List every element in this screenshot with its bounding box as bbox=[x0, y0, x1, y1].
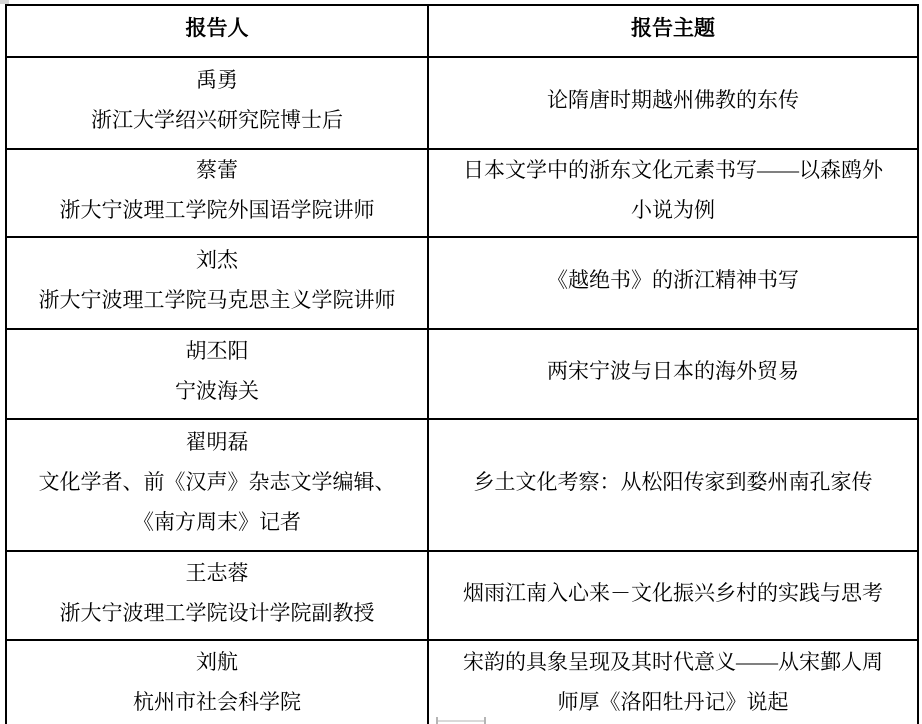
topic-cell: 烟雨江南入心来－文化振兴乡村的实践与思考 bbox=[428, 551, 918, 640]
topic-cell: 《越绝书》的浙江精神书写 bbox=[428, 237, 918, 329]
table-row: 胡丕阳 宁波海关 两宋宁波与日本的海外贸易 bbox=[6, 329, 918, 419]
topic-cell: 乡土文化考察：从松阳传家到婺州南孔家传 bbox=[428, 419, 918, 551]
speaker-cell: 刘航 杭州市社会科学院 bbox=[6, 640, 428, 724]
table-row: 刘航 杭州市社会科学院 宋韵的具象呈现及其时代意义——从宋鄞人周 师厚《洛阳牡丹… bbox=[6, 640, 918, 724]
topic-cell: 宋韵的具象呈现及其时代意义——从宋鄞人周 师厚《洛阳牡丹记》说起 bbox=[428, 640, 918, 724]
topic-cell: 论隋唐时期越州佛教的东传 bbox=[428, 57, 918, 149]
topic-cell: 日本文学中的浙东文化元素书写——以森鸥外 小说为例 bbox=[428, 149, 918, 237]
column-header-speaker: 报告人 bbox=[6, 5, 428, 57]
speaker-cell: 蔡蕾 浙大宁波理工学院外国语学院讲师 bbox=[6, 149, 428, 237]
speaker-cell: 刘杰 浙大宁波理工学院马克思主义学院讲师 bbox=[6, 237, 428, 329]
speaker-schedule-table: 报告人 报告主题 禹勇 浙江大学绍兴研究院博士后 论隋唐时期越州佛教的东传 蔡蕾… bbox=[5, 4, 919, 724]
table-row: 王志蓉 浙大宁波理工学院设计学院副教授 烟雨江南入心来－文化振兴乡村的实践与思考 bbox=[6, 551, 918, 640]
table-row: 刘杰 浙大宁波理工学院马克思主义学院讲师 《越绝书》的浙江精神书写 bbox=[6, 237, 918, 329]
speaker-cell: 王志蓉 浙大宁波理工学院设计学院副教授 bbox=[6, 551, 428, 640]
speaker-cell: 胡丕阳 宁波海关 bbox=[6, 329, 428, 419]
header-row: 报告人 报告主题 bbox=[6, 5, 918, 57]
speaker-cell: 翟明磊 文化学者、前《汉声》杂志文学编辑、 《南方周末》记者 bbox=[6, 419, 428, 551]
speaker-cell: 禹勇 浙江大学绍兴研究院博士后 bbox=[6, 57, 428, 149]
column-header-topic: 报告主题 bbox=[428, 5, 918, 57]
table-row: 禹勇 浙江大学绍兴研究院博士后 论隋唐时期越州佛教的东传 bbox=[6, 57, 918, 149]
table-row: 翟明磊 文化学者、前《汉声》杂志文学编辑、 《南方周末》记者 乡土文化考察：从松… bbox=[6, 419, 918, 551]
topic-cell: 两宋宁波与日本的海外贸易 bbox=[428, 329, 918, 419]
table-row: 蔡蕾 浙大宁波理工学院外国语学院讲师 日本文学中的浙东文化元素书写——以森鸥外 … bbox=[6, 149, 918, 237]
